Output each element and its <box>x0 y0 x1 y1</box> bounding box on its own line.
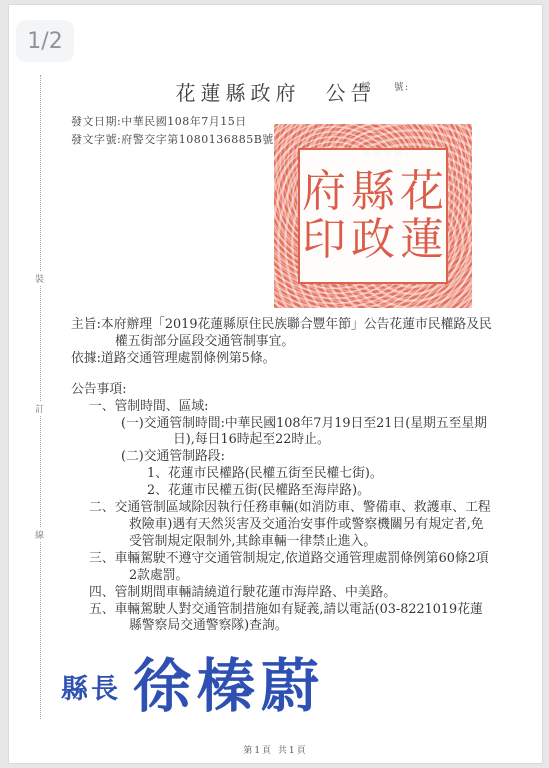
item-1-2: (二)交通管制路段: <box>121 449 495 466</box>
document-title: 花蓮縣政府 公告 <box>9 77 542 106</box>
item-1-1-text: 交通管制時間:中華民國108年7月19日至21日(星期五至星期日),每日16時起… <box>144 416 487 448</box>
item-3-label: 三、 <box>89 551 115 566</box>
seal-column-1: 花蓮 <box>400 168 444 263</box>
item-1-2-2-label: 2、 <box>147 483 168 498</box>
item-1-2-1-label: 1、 <box>147 466 168 481</box>
item-3: 三、車輛駕駛不遵守交通管制規定,依道路交通管理處罰條例第60條2項2款處罰。 <box>89 551 495 585</box>
item-4-label: 四、 <box>89 585 115 600</box>
official-seal-stamp: 花蓮 縣政 府印 <box>274 124 472 308</box>
item-1-2-2: 2、花蓮市民權五街(民權路至海岸路)。 <box>147 483 495 500</box>
item-5: 五、車輛駕駛人對交通管制措施如有疑義,請以電話(03-8221019花蓮縣警察局… <box>89 602 495 636</box>
item-1-label: 一、 <box>89 399 115 414</box>
page-number-badge: 1/2 <box>16 20 74 62</box>
magistrate-name: 徐榛蔚 <box>133 657 325 715</box>
document-page: 檔 號: 保存年限: 裝 訂 線 花蓮縣政府 公告 發文日期:中華民國108年7… <box>8 4 543 764</box>
item-1-2-1: 1、花蓮市民權路(民權五街至民權七街)。 <box>147 466 495 483</box>
item-2: 二、交通管制區域除因執行任務車輛(如消防車、警備車、救護車、工程救險車)遇有天然… <box>89 500 495 551</box>
item-1-1: (一)交通管制時間:中華民國108年7月19日至21日(星期五至星期日),每日1… <box>121 416 495 450</box>
seal-column-3: 府印 <box>302 168 346 263</box>
item-1-2-2-text: 花蓮市民權五街(民權路至海岸路)。 <box>168 483 370 498</box>
item-4: 四、管制期間車輛請繞道行駛花蓮市海岸路、中美路。 <box>89 585 495 602</box>
page-footer: 第1頁 共1頁 <box>9 743 542 756</box>
item-1-2-text: 交通管制路段: <box>144 449 225 464</box>
magistrate-signature-stamp: 縣長 徐榛蔚 <box>61 657 325 715</box>
item-1-2-label: (二) <box>121 449 144 464</box>
issue-date-line: 發文日期:中華民國108年7月15日 <box>71 113 274 131</box>
magistrate-title: 縣長 <box>61 667 121 706</box>
reference-number-line: 發文字號:府警交字第1080136885B號 <box>71 131 274 149</box>
document-info: 發文日期:中華民國108年7月15日 發文字號:府警交字第1080136885B… <box>71 113 274 148</box>
item-5-text: 車輛駕駛人對交通管制措施如有疑義,請以電話(03-8221019花蓮縣警察局交通… <box>115 602 483 634</box>
items-heading: 公告事項: <box>71 382 495 399</box>
item-1: 一、管制時間、區域: <box>89 399 495 416</box>
subject-line: 主旨:本府辦理「2019花蓮縣原住民族聯合豐年節」公告花蓮市民權路及民權五街部分… <box>71 317 495 351</box>
binding-mark-zhuang: 裝 <box>35 271 44 286</box>
official-seal-inner: 花蓮 縣政 府印 <box>298 148 448 284</box>
item-2-text: 交通管制區域除因執行任務車輛(如消防車、警備車、救護車、工程救險車)遇有天然災害… <box>115 500 491 549</box>
item-5-label: 五、 <box>89 602 115 617</box>
item-1-2-1-text: 花蓮市民權路(民權五街至民權七街)。 <box>168 466 383 481</box>
binding-mark-ding: 訂 <box>35 401 44 416</box>
seal-column-2: 縣政 <box>351 168 395 263</box>
item-1-text: 管制時間、區域: <box>115 399 209 414</box>
document-body: 主旨:本府辦理「2019花蓮縣原住民族聯合豐年節」公告花蓮市民權路及民權五街部分… <box>71 317 495 635</box>
item-1-1-label: (一) <box>121 416 144 431</box>
item-4-text: 管制期間車輛請繞道行駛花蓮市海岸路、中美路。 <box>115 585 397 600</box>
basis-line: 依據:道路交通管理處罰條例第5條。 <box>71 351 495 368</box>
item-2-label: 二、 <box>89 500 115 515</box>
binding-line: 裝 訂 線 <box>40 75 41 719</box>
binding-mark-xian: 線 <box>35 527 44 542</box>
item-3-text: 車輛駕駛不遵守交通管制規定,依道路交通管理處罰條例第60條2項2款處罰。 <box>115 551 489 583</box>
